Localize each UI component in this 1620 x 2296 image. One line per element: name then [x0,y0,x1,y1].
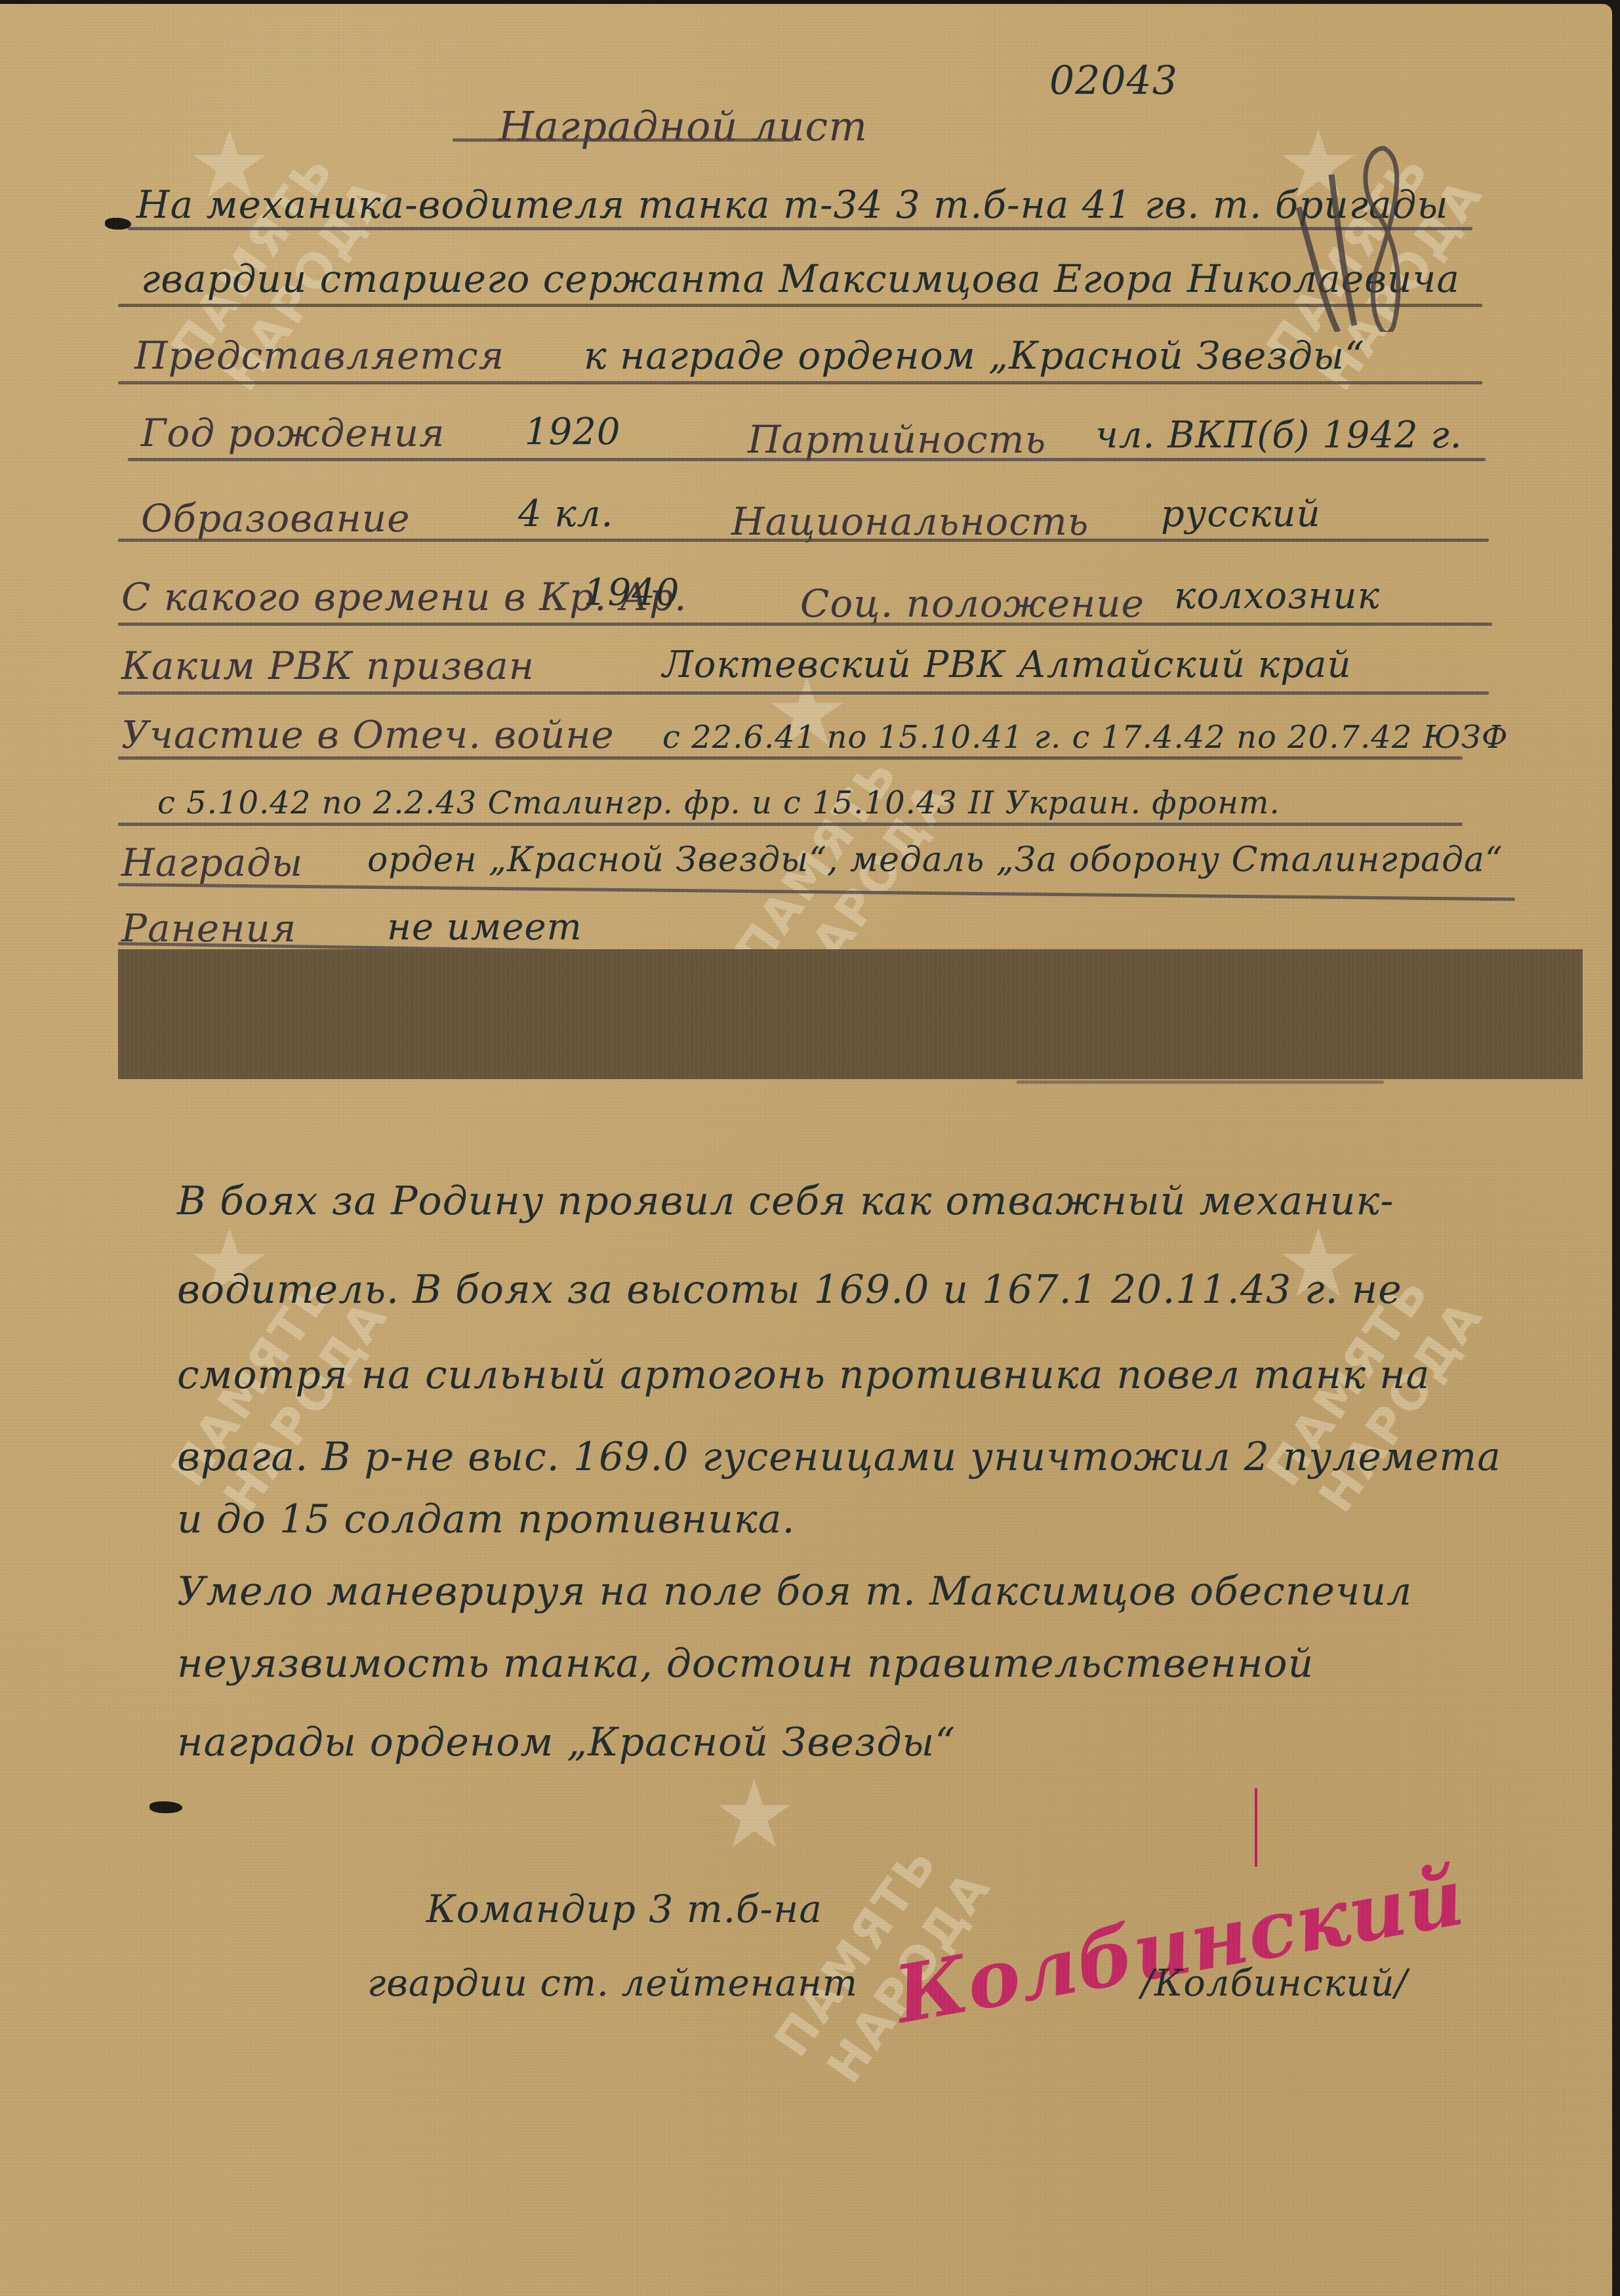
signature-stroke-icon [1246,1788,1266,1867]
redacted-block [118,949,1583,1079]
field-value-birth-year: 1920 [525,411,621,453]
field-label-nationality: Национальность [731,499,1089,544]
field-label-education: Образование [141,496,410,541]
page-title: Наградной лист [498,102,868,150]
signature-name: /Колбинский/ [1141,1962,1408,2005]
field-value-education: 4 кл. [518,493,613,535]
form-rule [118,691,1489,695]
pencil-resolution-mark-icon [1286,135,1436,332]
narrative-line: награды орденом „Красной Звезды“ [177,1719,956,1765]
form-rule [118,756,1463,760]
field-value-wounds: не имеет [387,906,582,949]
field-label-social-status: Соц. положение [800,581,1144,626]
narrative-line: неуязвимость танка, достоин правительств… [177,1641,1314,1687]
form-rule [118,539,1489,542]
field-label-party: Партийность [748,417,1046,462]
paper-sheet: ПАМЯТЬ НАРОДА ПАМЯТЬ НАРОДА ПАМЯТЬ НАРОД… [0,4,1612,2296]
narrative-line: водитель. В боях за высоты 169.0 и 167.1… [177,1267,1402,1313]
narrative-line: и до 15 солдат противника. [177,1496,796,1542]
presentation-value: к награде орденом „Красной Звезды“ [584,333,1365,378]
form-rule [118,823,1463,826]
field-value-service-since: 1940 [584,571,680,614]
field-label-birth-year: Год рождения [141,411,445,455]
punch-hole [105,218,131,230]
field-value-draft-office: Локтевский РВК Алтайский край [662,644,1352,686]
narrative-line: Умело маневрируя на поле боя т. Максимцо… [177,1568,1412,1614]
signature-title-line-2: гвардии ст. лейтенант [367,1962,858,2005]
presentation-label: Представляется [134,333,504,378]
form-rule [118,304,1482,307]
watermark-star-icon [715,1775,794,1854]
narrative-line: В боях за Родину проявил себя как отважн… [177,1178,1394,1224]
form-rule [128,458,1486,461]
intro-line-1: На механика-водителя танка т-34 3 т.б-на… [136,182,1449,227]
form-rule [1017,1080,1384,1084]
field-value-war-participation: с 22.6.41 по 15.10.41 г. с 17.4.42 по 20… [662,719,1509,756]
title-underline [453,138,794,142]
narrative-line: врага. В р-не выс. 169.0 гусеницами унич… [177,1434,1501,1480]
field-value-social-status: колхозник [1174,575,1380,617]
field-label-draft-office: Каким РВК призван [121,644,535,688]
field-value-war-participation-cont: с 5.10.42 по 2.2.43 Сталингр. фр. и с 15… [157,785,1280,821]
field-label-war-participation: Участие в Отеч. войне [121,712,615,757]
field-label-awards: Награды [121,840,303,885]
document-number: 02043 [1049,58,1178,104]
form-rule [118,623,1492,626]
field-value-nationality: русский [1161,493,1321,535]
document-scan: ПАМЯТЬ НАРОДА ПАМЯТЬ НАРОДА ПАМЯТЬ НАРОД… [0,0,1620,2296]
intro-line-2: гвардии старшего сержанта Максимцова Его… [141,256,1460,301]
form-rule [118,381,1482,384]
field-value-awards: орден „Красной Звезды“, медаль „За оборо… [367,840,1503,880]
field-value-party: чл. ВКП(б) 1942 г. [1095,414,1463,457]
signature-title-line-1: Командир 3 т.б-на [426,1887,822,1931]
narrative-line: смотря на сильный артогонь противника по… [177,1352,1430,1398]
form-rule [128,227,1472,230]
punch-hole [150,1801,182,1813]
